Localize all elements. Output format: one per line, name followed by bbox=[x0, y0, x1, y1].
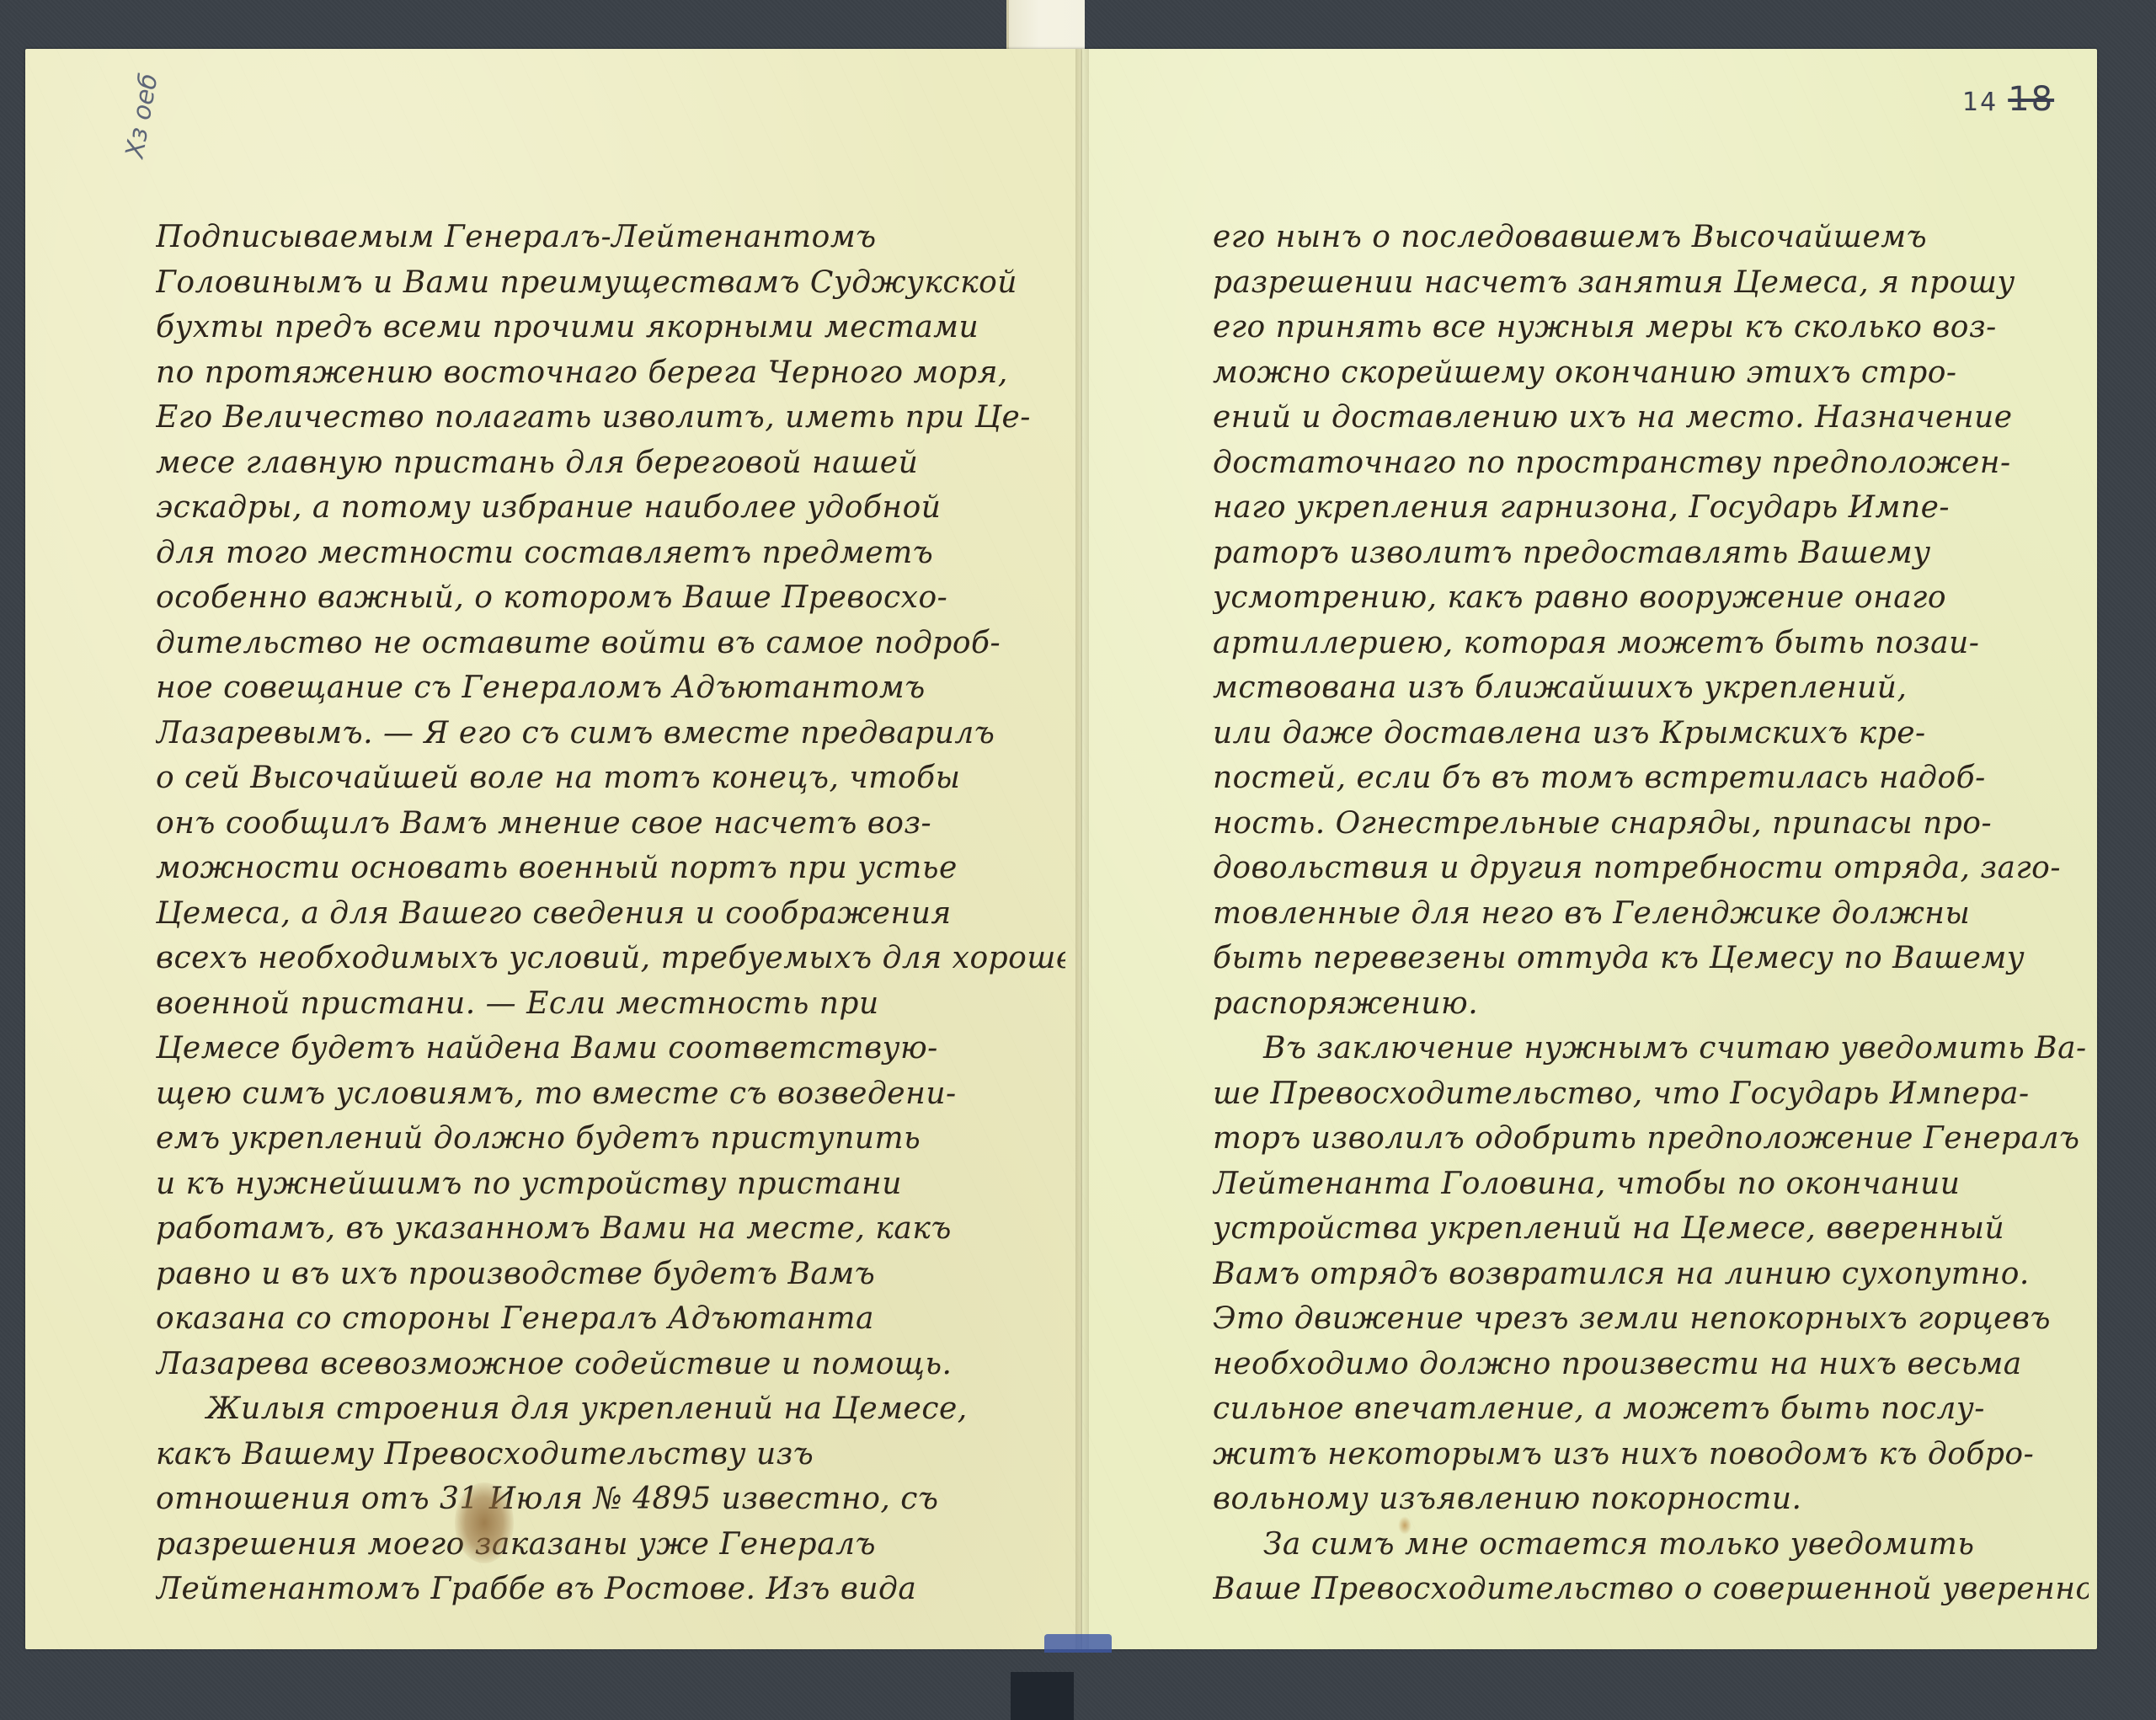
folio-struck: 18 bbox=[2008, 80, 2054, 119]
manuscript-line: по протяжению восточнаго берега Черного … bbox=[156, 350, 1065, 396]
manuscript-line: онъ сообщилъ Вамъ мнение свое насчетъ во… bbox=[156, 801, 1065, 847]
manuscript-line: дительство не оставите войти въ самое по… bbox=[156, 621, 1065, 666]
manuscript-line: его принять все нужныя меры къ сколько в… bbox=[1213, 305, 2089, 350]
manuscript-line: необходимо должно произвести на нихъ вес… bbox=[1213, 1342, 2089, 1387]
manuscript-line: артиллериею, которая можетъ быть позаи- bbox=[1213, 621, 2089, 666]
left-page-text: Подписываемым Генералъ-ЛейтенантомъГолов… bbox=[156, 215, 1065, 1612]
manuscript-line: Ваше Превосходительство о совершенной ув… bbox=[1213, 1567, 2089, 1612]
manuscript-line: Цемеса, а для Вашего сведения и соображе… bbox=[156, 891, 1065, 937]
right-page-text: его нынъ о последовавшемъ Высочайшемъраз… bbox=[1213, 215, 2089, 1612]
manuscript-line: бухты предъ всеми прочими якорными места… bbox=[156, 305, 1065, 350]
manuscript-line: военной пристани. — Если местность при bbox=[156, 981, 1065, 1027]
manuscript-line: разрешении насчетъ занятия Цемеса, я про… bbox=[1213, 260, 2089, 306]
manuscript-line: Лейтенантомъ Граббе въ Ростове. Изъ вида bbox=[156, 1567, 1065, 1612]
manuscript-line: товленные для него въ Геленджике должны bbox=[1213, 891, 2089, 937]
manuscript-line: ное совещание съ Генераломъ Адъютантомъ bbox=[156, 665, 1065, 711]
manuscript-line: или даже доставлена изъ Крымскихъ кре- bbox=[1213, 711, 2089, 756]
manuscript-line: наго укрепления гарнизона, Государь Импе… bbox=[1213, 485, 2089, 531]
manuscript-line: отношения отъ 31 Июля № 4895 известно, с… bbox=[156, 1477, 1065, 1522]
manuscript-line: распоряжению. bbox=[1213, 981, 2089, 1027]
manuscript-line: равно и въ ихъ производстве будетъ Вамъ bbox=[156, 1252, 1065, 1297]
folio-number: 1418 bbox=[1962, 80, 2054, 119]
manuscript-line: Цемесе будетъ найдена Вами соответствую- bbox=[156, 1026, 1065, 1071]
manuscript-line: торъ изволилъ одобрить предположение Ген… bbox=[1213, 1116, 2089, 1162]
manuscript-line: эскадры, а потому избрание наиболее удоб… bbox=[156, 485, 1065, 531]
manuscript-line: какъ Вашему Превосходительству изъ bbox=[156, 1432, 1065, 1477]
manuscript-line: За симъ мне остается только уведомить bbox=[1213, 1522, 2089, 1568]
binding-tape bbox=[1044, 1634, 1112, 1653]
manuscript-line: мствована изъ ближайшихъ укреплений, bbox=[1213, 665, 2089, 711]
manuscript-line: Вамъ отрядъ возвратился на линию сухопут… bbox=[1213, 1252, 2089, 1297]
manuscript-line: щею симъ условиямъ, то вместе съ возведе… bbox=[156, 1071, 1065, 1117]
folio-current: 14 bbox=[1962, 88, 1998, 117]
manuscript-line: ше Превосходительство, что Государь Импе… bbox=[1213, 1071, 2089, 1117]
manuscript-line: усмотрению, какъ равно вооружение онаго bbox=[1213, 575, 2089, 621]
manuscript-line: ений и доставлению ихъ на место. Назначе… bbox=[1213, 395, 2089, 441]
manuscript-line: о сей Высочайшей воле на тотъ конецъ, чт… bbox=[156, 756, 1065, 801]
small-stain bbox=[1398, 1516, 1412, 1535]
manuscript-line: Лазаревымъ. — Я его съ симъ вместе предв… bbox=[156, 711, 1065, 756]
manuscript-line: оказана со стороны Генералъ Адъютанта bbox=[156, 1296, 1065, 1342]
manuscript-line: достаточнаго по пространству предположен… bbox=[1213, 441, 2089, 486]
manuscript-line: и къ нужнейшимъ по устройству пристани bbox=[156, 1162, 1065, 1207]
manuscript-line: его нынъ о последовавшемъ Высочайшемъ bbox=[1213, 215, 2089, 260]
manuscript-line: Въ заключение нужнымъ считаю уведомить В… bbox=[1213, 1026, 2089, 1071]
manuscript-line: можности основать военный портъ при усть… bbox=[156, 846, 1065, 891]
manuscript-line: Головинымъ и Вами преимуществамъ Суджукс… bbox=[156, 260, 1065, 306]
page-gutter-fold bbox=[1075, 49, 1089, 1649]
manuscript-line: Лазарева всевозможное содействие и помощ… bbox=[156, 1342, 1065, 1387]
manuscript-line: для того местности составляетъ предметъ bbox=[156, 531, 1065, 576]
manuscript-line: Жилыя строения для укреплений на Цемесе, bbox=[156, 1386, 1065, 1432]
manuscript-line: Лейтенанта Головина, чтобы по окончании bbox=[1213, 1162, 2089, 1207]
manuscript-line: довольствия и другия потребности отряда,… bbox=[1213, 846, 2089, 891]
manuscript-line: постей, если бъ въ томъ встретилась надо… bbox=[1213, 756, 2089, 801]
binding-spine-bottom bbox=[1011, 1672, 1074, 1720]
manuscript-line: ность. Огнестрельные снаряды, припасы пр… bbox=[1213, 801, 2089, 847]
manuscript-line: всехъ необходимыхъ условий, требуемыхъ д… bbox=[156, 936, 1065, 981]
manuscript-line: Его Величество полагать изволитъ, иметь … bbox=[156, 395, 1065, 441]
manuscript-line: месе главную пристань для береговой наше… bbox=[156, 441, 1065, 486]
manuscript-line: емъ укреплений должно будетъ приступить bbox=[156, 1116, 1065, 1162]
manuscript-line: быть перевезены оттуда къ Цемесу по Ваше… bbox=[1213, 936, 2089, 981]
manuscript-line: можно скорейшему окончанию этихъ стро- bbox=[1213, 350, 2089, 396]
manuscript-line: сильное впечатление, а можетъ быть послу… bbox=[1213, 1386, 2089, 1432]
manuscript-line: работамъ, въ указанномъ Вами на месте, к… bbox=[156, 1206, 1065, 1252]
manuscript-line: устройства укреплений на Цемесе, вверенн… bbox=[1213, 1206, 2089, 1252]
manuscript-line: разрешения моего заказаны уже Генералъ bbox=[156, 1522, 1065, 1568]
ink-stain bbox=[455, 1482, 514, 1563]
manuscript-line: Подписываемым Генералъ-Лейтенантомъ bbox=[156, 215, 1065, 260]
manuscript-line: особенно важный, о которомъ Ваше Превосх… bbox=[156, 575, 1065, 621]
manuscript-line: житъ некоторымъ изъ нихъ поводомъ къ доб… bbox=[1213, 1432, 2089, 1477]
manuscript-line: раторъ изволитъ предоставлять Вашему bbox=[1213, 531, 2089, 576]
manuscript-line: Это движение чрезъ земли непокорныхъ гор… bbox=[1213, 1296, 2089, 1342]
manuscript-line: вольному изъявлению покорности. bbox=[1213, 1477, 2089, 1522]
